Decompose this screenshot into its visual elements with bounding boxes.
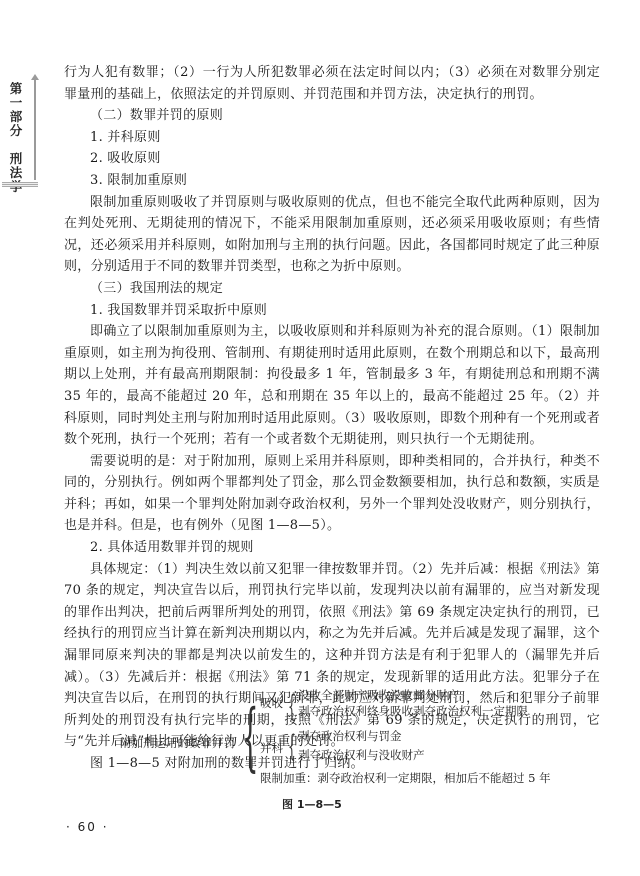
figure-1-8-5: 附加刑运用的数罪并罚 { 吸收 { 没收全部财产吸收没收部分财产 剥夺政治权利终…	[120, 696, 540, 826]
paragraph: 行为人犯有数罪；（2）一行为人所犯数罪必须在法定时间以内；（3）必须在对数罪分别…	[64, 62, 600, 105]
figure-caption: 图 1—8—5	[282, 797, 342, 813]
branch-item: 剥夺政治权利与没收财产	[298, 748, 425, 764]
big-brace: {	[242, 700, 258, 774]
paragraph: 需要说明的是：对于附加刑，原则上采用并科原则，即种类相同的，合并执行，种类不同的…	[64, 451, 600, 537]
part-label: 第 一 部 分 刑 法 学	[8, 82, 24, 194]
branch-item: 剥夺政治权利与罚金	[298, 729, 402, 745]
subheading: 1. 并科原则	[64, 127, 600, 149]
side-tab-base	[2, 182, 38, 187]
subheading: 2. 吸收原则	[64, 148, 600, 170]
section-side-tab: 第 一 部 分 刑 法 学	[2, 80, 32, 180]
section-heading: （二）数罪并罚的原则	[64, 105, 600, 127]
brace-absorb: {	[288, 692, 296, 722]
branch-item: 剥夺政治权利终身吸收剥夺政治权利一定期限	[298, 704, 528, 720]
brace-cumulate: {	[288, 732, 296, 762]
branch-label-limit: 限制加重：剥夺政治权利一定期限，相加后不能超过 5 年	[260, 771, 551, 787]
figure-root-label: 附加刑运用的数罪并罚	[120, 736, 235, 752]
subheading: 1. 我国数罪并罚采取折中原则	[64, 300, 600, 322]
section-heading: （三）我国刑法的规定	[64, 278, 600, 300]
page-number: · 60 ·	[66, 820, 109, 834]
paragraph: 限制加重原则吸收了并罚原则与吸收原则的优点，但也不能完全取代此两种原则，因为在判…	[64, 192, 600, 278]
paragraph: 即确立了以限制加重原则为主，以吸收原则和并科原则为补充的混合原则。（1）限制加重…	[64, 321, 600, 451]
body-text: 行为人犯有数罪；（2）一行为人所犯数罪必须在法定时间以内；（3）必须在对数罪分别…	[64, 62, 600, 775]
branch-label-absorb: 吸收	[260, 696, 283, 712]
subheading: 3. 限制加重原则	[64, 170, 600, 192]
side-tab-rule	[34, 78, 36, 180]
branch-item: 没收全部财产吸收没收部分财产	[298, 688, 459, 704]
branch-label-cumulate: 并科	[260, 741, 283, 757]
subheading: 2. 具体适用数罪并罚的规则	[64, 537, 600, 559]
